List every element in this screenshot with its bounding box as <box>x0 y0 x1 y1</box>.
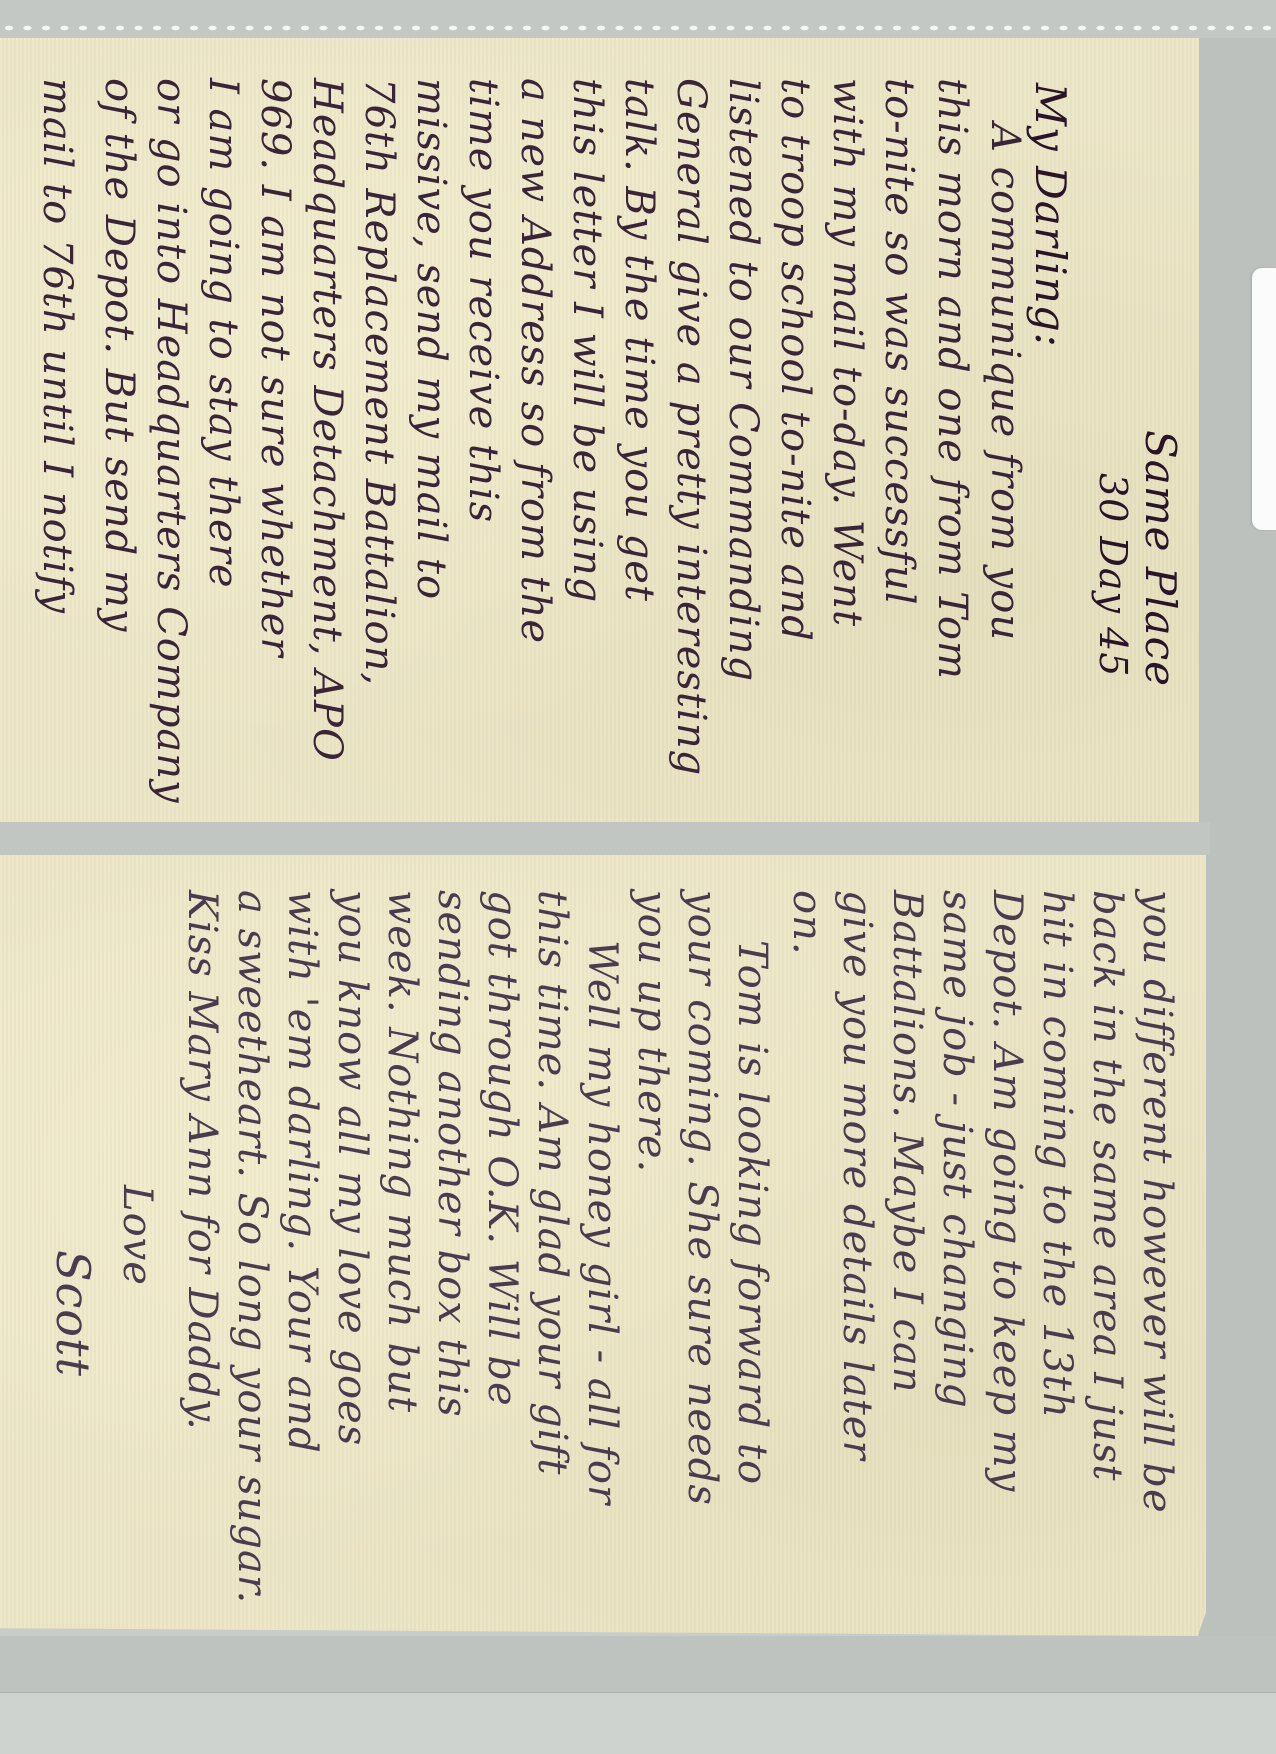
letter-page-1: Same Place 30 Day 45 My Darling: A commu… <box>0 38 1199 822</box>
letter-line: of the Depot. But send my <box>96 78 142 633</box>
letter-line: A communique from you <box>982 123 1028 641</box>
letter-line: this letter I will be using <box>564 78 610 603</box>
letter-signature: Scott <box>46 1250 100 1377</box>
letter-closing: Love <box>114 1185 160 1286</box>
letter-place: Same Place <box>1136 430 1185 687</box>
letter-line: to-nite so was successful <box>876 78 922 606</box>
letter-line: give you more details later <box>834 890 880 1461</box>
letter-page-2: you different however will be back in th… <box>0 855 1206 1636</box>
letter-line: back in the same area I just <box>1084 890 1130 1481</box>
letter-line: Headquarters Detachment, APO <box>304 78 350 762</box>
sheet-gap <box>0 822 1210 855</box>
letter-line: Depot. Am going to keep my <box>984 890 1030 1492</box>
letter-line: with 'em darling. Your and <box>279 890 325 1454</box>
letter-line: your coming. She sure needs <box>679 890 725 1506</box>
letter-line: a sweetheart. So long your sugar. <box>229 890 275 1604</box>
letter-line: time you receive this <box>460 78 506 523</box>
letter-line: same job - just changing <box>934 890 980 1409</box>
letter-line: missive, send my mail to <box>408 78 454 600</box>
letter-line: on. <box>784 890 830 956</box>
letter-line: to troop school to-nite and <box>772 78 818 642</box>
letter-line: Kiss Mary Ann for Daddy. <box>179 890 225 1431</box>
letter-line: Well my honey girl - all for <box>579 940 625 1505</box>
letter-line: hit in coming to the 13th <box>1034 890 1080 1419</box>
letter-line: this morn and one from Tom <box>929 78 975 680</box>
letter-date: 30 Day 45 <box>1091 473 1135 677</box>
letter-line: listened to our Commanding <box>720 78 766 682</box>
letter-line: I am going to stay there <box>200 78 246 589</box>
letter-line: mail to 76th until I notify <box>34 78 80 614</box>
letter-line: talk. By the time you get <box>616 78 662 602</box>
letter-line: with my mail to-day. Went <box>824 78 870 627</box>
letter-line: sending another box this <box>429 890 475 1418</box>
index-tab <box>1252 268 1276 530</box>
sleeve-perforations <box>0 22 1276 34</box>
letter-line: Tom is looking forward to <box>729 940 775 1485</box>
letter-line: 76th Replacement Battalion, <box>356 78 402 686</box>
letter-line: Battalions. Maybe I can <box>884 890 930 1394</box>
letter-line: you up there. <box>629 890 675 1173</box>
letter-line: you different however will be <box>1134 890 1180 1514</box>
letter-line: General give a pretty interesting <box>668 78 714 776</box>
sleeve-base <box>0 1692 1276 1754</box>
letter-line: you know all my love goes <box>329 890 375 1446</box>
letter-line: a new Address so from the <box>512 78 558 644</box>
letter-salutation: My Darling: <box>1026 83 1075 348</box>
letter-line: got through O.K. Will be <box>479 890 525 1407</box>
letter-line: week. Nothing much but <box>379 890 425 1413</box>
sleeve-bottom-margin <box>0 1636 1276 1692</box>
sleeve-top-edge <box>0 0 1276 38</box>
letter-line: this time. Am glad your gift <box>529 890 575 1475</box>
letter-line: or go into Headquarters Company <box>148 78 194 804</box>
letter-line: 969. I am not sure whether <box>252 78 298 658</box>
